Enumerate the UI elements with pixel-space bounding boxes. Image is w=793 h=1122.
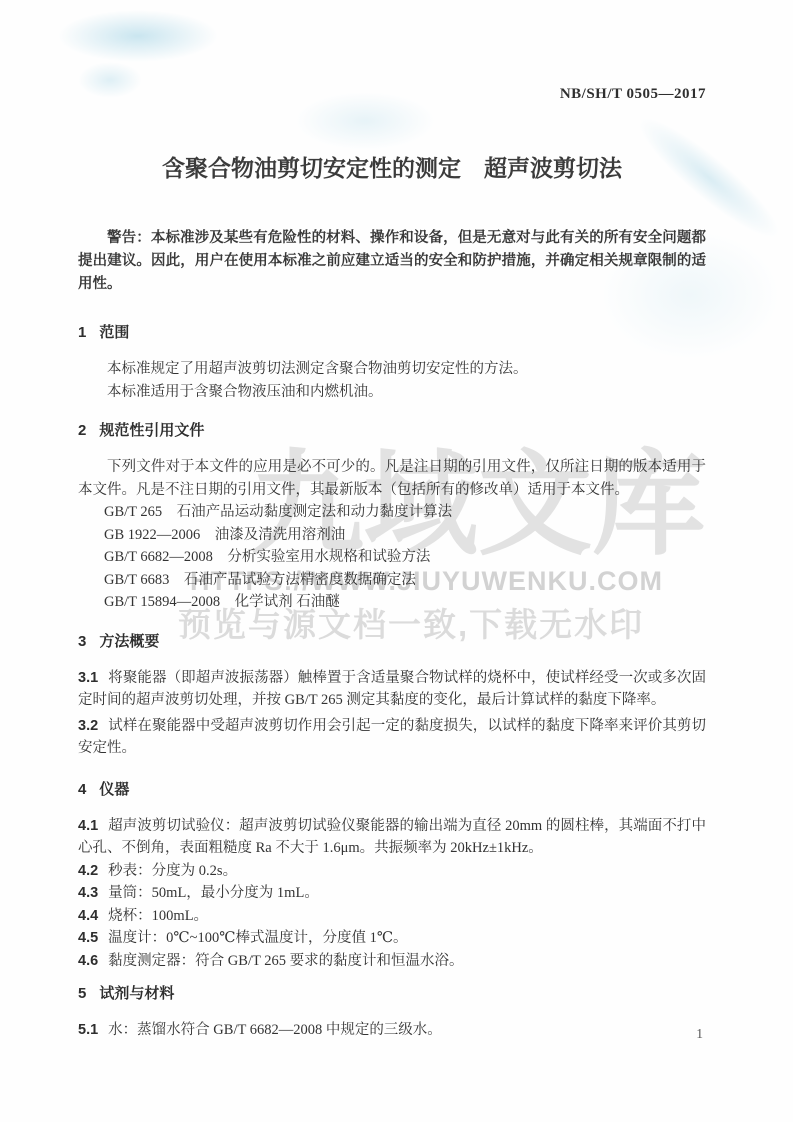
warning-paragraph: 警告：本标准涉及某些有危险性的材料、操作和设备，但是无意对与此有关的所有安全问题…: [78, 227, 706, 296]
paragraph: 本标准规定了用超声波剪切法测定含聚合物油剪切安定性的方法。: [78, 358, 706, 381]
clause: 4.2秒表：分度为 0.2s。: [78, 860, 706, 883]
section-number: 4: [78, 781, 86, 798]
clause-text: 超声波剪切试验仪：超声波剪切试验仪聚能器的输出端为直径 20mm 的圆柱棒，其端…: [78, 818, 706, 857]
clause-text: 黏度测定器：符合 GB/T 265 要求的黏度计和恒温水浴。: [108, 953, 463, 969]
clause-text: 烧杯：100mL。: [108, 908, 208, 924]
clause: 4.3量筒：50mL，最小分度为 1mL。: [78, 882, 706, 905]
clause: 4.4烧杯：100mL。: [78, 905, 706, 928]
clause: 4.5温度计：0℃~100℃棒式温度计，分度值 1℃。: [78, 927, 706, 950]
section-heading-references: 2规范性引用文件: [78, 420, 706, 442]
section-heading-apparatus: 4仪器: [78, 779, 706, 801]
section-heading-scope: 1范围: [78, 322, 706, 344]
clause-text: 温度计：0℃~100℃棒式温度计，分度值 1℃。: [108, 930, 407, 946]
page-content: NB/SH/T 0505—2017 含聚合物油剪切安定性的测定 超声波剪切法 警…: [78, 0, 706, 1042]
document-page: 九域文库 HTTPS://WWW.JIUYUWENKU.COM 预览与源文档一致…: [0, 0, 793, 1122]
clause: 4.1超声波剪切试验仪：超声波剪切试验仪聚能器的输出端为直径 20mm 的圆柱棒…: [78, 815, 706, 860]
clause-text: 水：蒸馏水符合 GB/T 6682—2008 中规定的三级水。: [108, 1022, 442, 1038]
reference-item: GB/T 6682—2008 分析实验室用水规格和试验方法: [78, 546, 706, 569]
page-number: 1: [696, 1026, 703, 1042]
reference-item: GB/T 15894—2008 化学试剂 石油醚: [78, 591, 706, 614]
clause: 3.1将聚能器（即超声波振荡器）触棒置于含适量聚合物试样的烧杯中，使试样经受一次…: [78, 667, 706, 712]
clause-text: 将聚能器（即超声波振荡器）触棒置于含适量聚合物试样的烧杯中，使试样经受一次或多次…: [78, 670, 706, 709]
section-title: 试剂与材料: [99, 985, 174, 1002]
clause: 4.6黏度测定器：符合 GB/T 265 要求的黏度计和恒温水浴。: [78, 950, 706, 973]
reference-item: GB/T 6683 石油产品试验方法精密度数据确定法: [78, 569, 706, 592]
reference-item: GB 1922—2006 油漆及清洗用溶剂油: [78, 524, 706, 547]
section-number: 1: [78, 324, 86, 341]
section-number: 2: [78, 422, 86, 439]
clause-number: 4.4: [78, 908, 98, 924]
clause: 3.2试样在聚能器中受超声波剪切作用会引起一定的黏度损失，以试样的黏度下降率来评…: [78, 715, 706, 760]
section-title: 规范性引用文件: [99, 422, 204, 439]
clause-number: 5.1: [78, 1022, 98, 1038]
clause-number: 4.2: [78, 863, 98, 879]
section-title: 仪器: [99, 781, 129, 798]
section-title: 方法概要: [99, 633, 159, 650]
section-title: 范围: [99, 324, 129, 341]
clause-number: 3.1: [78, 670, 98, 686]
clause-number: 4.3: [78, 885, 98, 901]
clause-number: 4.5: [78, 930, 98, 946]
clause: 5.1水：蒸馏水符合 GB/T 6682—2008 中规定的三级水。: [78, 1019, 706, 1042]
clause-text: 秒表：分度为 0.2s。: [108, 863, 237, 879]
reference-item: GB/T 265 石油产品运动黏度测定法和动力黏度计算法: [78, 501, 706, 524]
paragraph: 本标准适用于含聚合物液压油和内燃机油。: [78, 381, 706, 404]
clause-number: 3.2: [78, 718, 98, 734]
clause-text: 量筒：50mL，最小分度为 1mL。: [108, 885, 319, 901]
section-heading-reagents: 5试剂与材料: [78, 983, 706, 1005]
section-heading-method: 3方法概要: [78, 631, 706, 653]
clause-text: 试样在聚能器中受超声波剪切作用会引起一定的黏度损失，以试样的黏度下降率来评价其剪…: [78, 718, 706, 757]
section-number: 5: [78, 985, 86, 1002]
clause-number: 4.1: [78, 818, 98, 834]
clause-number: 4.6: [78, 953, 98, 969]
section-number: 3: [78, 633, 86, 650]
doc-title: 含聚合物油剪切安定性的测定 超声波剪切法: [78, 153, 706, 183]
paragraph: 下列文件对于本文件的应用是必不可少的。凡是注日期的引用文件，仅所注日期的版本适用…: [78, 456, 706, 501]
doc-code: NB/SH/T 0505—2017: [78, 86, 706, 103]
